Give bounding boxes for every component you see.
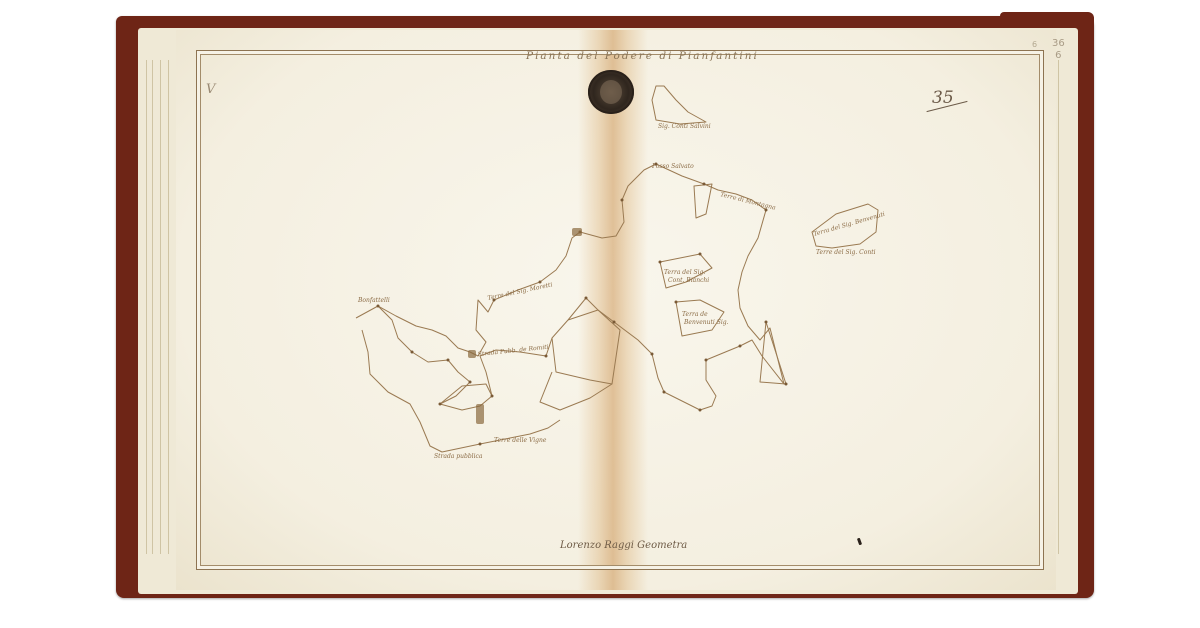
page-edge-line: [152, 60, 153, 554]
page-edge-line: [1058, 60, 1059, 554]
seal-emblem: [600, 80, 622, 104]
corner-mark: V: [206, 82, 215, 97]
folio-sub: 6: [1055, 50, 1061, 61]
surveyor-signature: Lorenzo Raggi Geometra: [560, 540, 687, 551]
folio-number: 36: [1052, 38, 1065, 49]
page-edge-line: [168, 60, 169, 554]
page-edge-line: [146, 60, 147, 554]
folio-mark: 366: [1052, 38, 1065, 62]
folio-mark-small: 6: [1032, 40, 1037, 49]
page-edge-line: [160, 60, 161, 554]
map-title: Pianta del Podere di Pianfantini: [526, 50, 759, 62]
map-border-frame: [196, 50, 1044, 570]
seal-stamp-icon: [588, 70, 634, 114]
